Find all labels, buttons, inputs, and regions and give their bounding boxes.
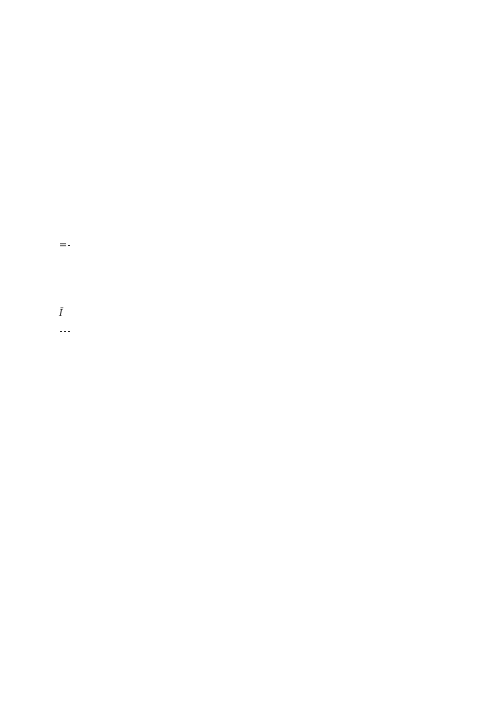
- fraction: [68, 245, 70, 246]
- text-line: =: [59, 240, 71, 255]
- fraction: [68, 331, 70, 332]
- fraction: [64, 331, 66, 332]
- text-line: [59, 326, 71, 338]
- text-line: Ī: [59, 308, 63, 320]
- fraction: [60, 331, 62, 332]
